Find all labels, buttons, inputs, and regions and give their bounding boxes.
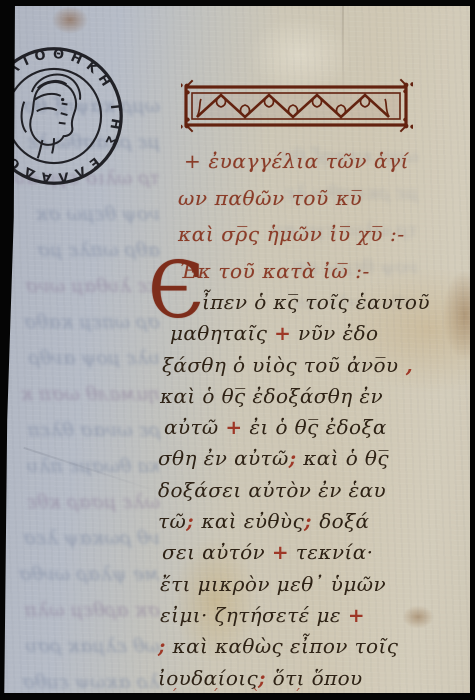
gospel-text-lines: ἶπεν ὁ κς̅ τοῖς ἑαυτοῦμαθηταῖς + νῦν ἐδο… [158, 287, 426, 694]
bleed-through-line: ρε ωνασ θλεπ [2, 412, 160, 448]
red-ink-mark: ; [186, 509, 201, 533]
red-ink-mark: ; [158, 634, 166, 658]
bleed-through-line: ωθ ελμακ ρσυ [2, 628, 160, 664]
red-ink-mark: + [225, 415, 242, 439]
athena-head-figure [22, 74, 81, 158]
text-line: ξάσθη ὁ υἱὸς τοῦ ἀνο̅υ , [158, 350, 426, 381]
bleed-through-line: νθ ρωκαψ λεσ [2, 520, 160, 556]
bleed-through-line: υλε μοψ ανθρ [2, 340, 160, 376]
text-line: ων παθῶν τοῦ κυ̅ [178, 180, 428, 217]
bleed-through-line: κε λυθαμ ωνσ [2, 268, 160, 304]
red-ink-mark: ; [289, 446, 297, 470]
text-line: ; καὶ καθὼς εἶπον τοῖς [158, 631, 426, 662]
text-line: ἔτι μικρὸν μεθ᾽ ὑμῶν [158, 569, 426, 600]
bleed-through-line: ме ψλαρ ωνθσ [2, 556, 160, 592]
text-line: δοξάσει αὐτὸν ἐν ἑαυ [158, 475, 426, 506]
bleed-through-line: νοψ θεμω σκ [2, 196, 160, 232]
text-line: + ἐυαγγέλια τῶν ἁγί [178, 143, 428, 180]
text-line: καὶ ὁ θς̅ ἐδοξάσθη ἐν [158, 381, 426, 412]
red-ink-mark: + [272, 540, 289, 564]
stamp-text: ΒΙΒΛΙΟΘΗΚΗ ΤΗΣ ΕΛΛΑΔΟΣ [0, 47, 123, 185]
photo-edge-top [0, 0, 475, 6]
bleed-through-line: λρ ακωψ εμθσ [2, 664, 160, 688]
bleed-through-line: σρ ωπεμ καθσ [2, 304, 160, 340]
bleed-through-line: ηималθ ωσπ κ [2, 376, 160, 412]
red-ink-mark: , [398, 353, 413, 377]
headpiece-ornament [181, 78, 413, 134]
red-ink-mark: ; [304, 509, 319, 533]
photo-edge-right [470, 0, 475, 700]
text-line: σθη ἐν αὐτῶ; καὶ ὁ θς̅ [158, 443, 426, 474]
bleed-through-line: ка θωσμε πλυ [2, 448, 160, 484]
text-line: εἰμι· ζητήσετέ με + [158, 600, 426, 631]
initial-epsilon: Є [148, 254, 205, 328]
text-line: Ἐκ τοῦ κατὰ ἰω̅ :- [178, 253, 428, 290]
text-line: αὐτῶ + ἐι ὁ θς̅ ἐδοξα [158, 412, 426, 443]
text-line: σει αὐτόν + τεκνία· [158, 537, 426, 568]
text-line: τῶ; καὶ εὐθὺς; δοξά [158, 506, 426, 537]
rubric-title-lines: + ἐυαγγέλια τῶν ἁγίων παθῶν τοῦ κυ̅καὶ σ… [178, 143, 428, 289]
red-ink-mark: + [274, 321, 291, 345]
bleed-through-line: σκ αρθεμ ωλπ [2, 592, 160, 628]
bleed-through-line: ωλε μσαρ κθε [2, 484, 160, 520]
photo-frame: ωμρ καψηξ θσμε ρκασθω λετρ ωλισ εγμ αυνο… [0, 0, 475, 700]
red-ink-mark: + [348, 603, 365, 627]
bleed-through-line: αθρ ωπλε μσ [2, 232, 160, 268]
library-stamp: ΒΙΒΛΙΟΘΗΚΗ ΤΗΣ ΕΛΛΑΔΟΣ [0, 44, 126, 188]
text-line: καὶ σρ̅ς ἡμῶν ἰυ̅ χυ̅ :- [178, 216, 428, 253]
photo-edge-bottom [0, 693, 475, 700]
